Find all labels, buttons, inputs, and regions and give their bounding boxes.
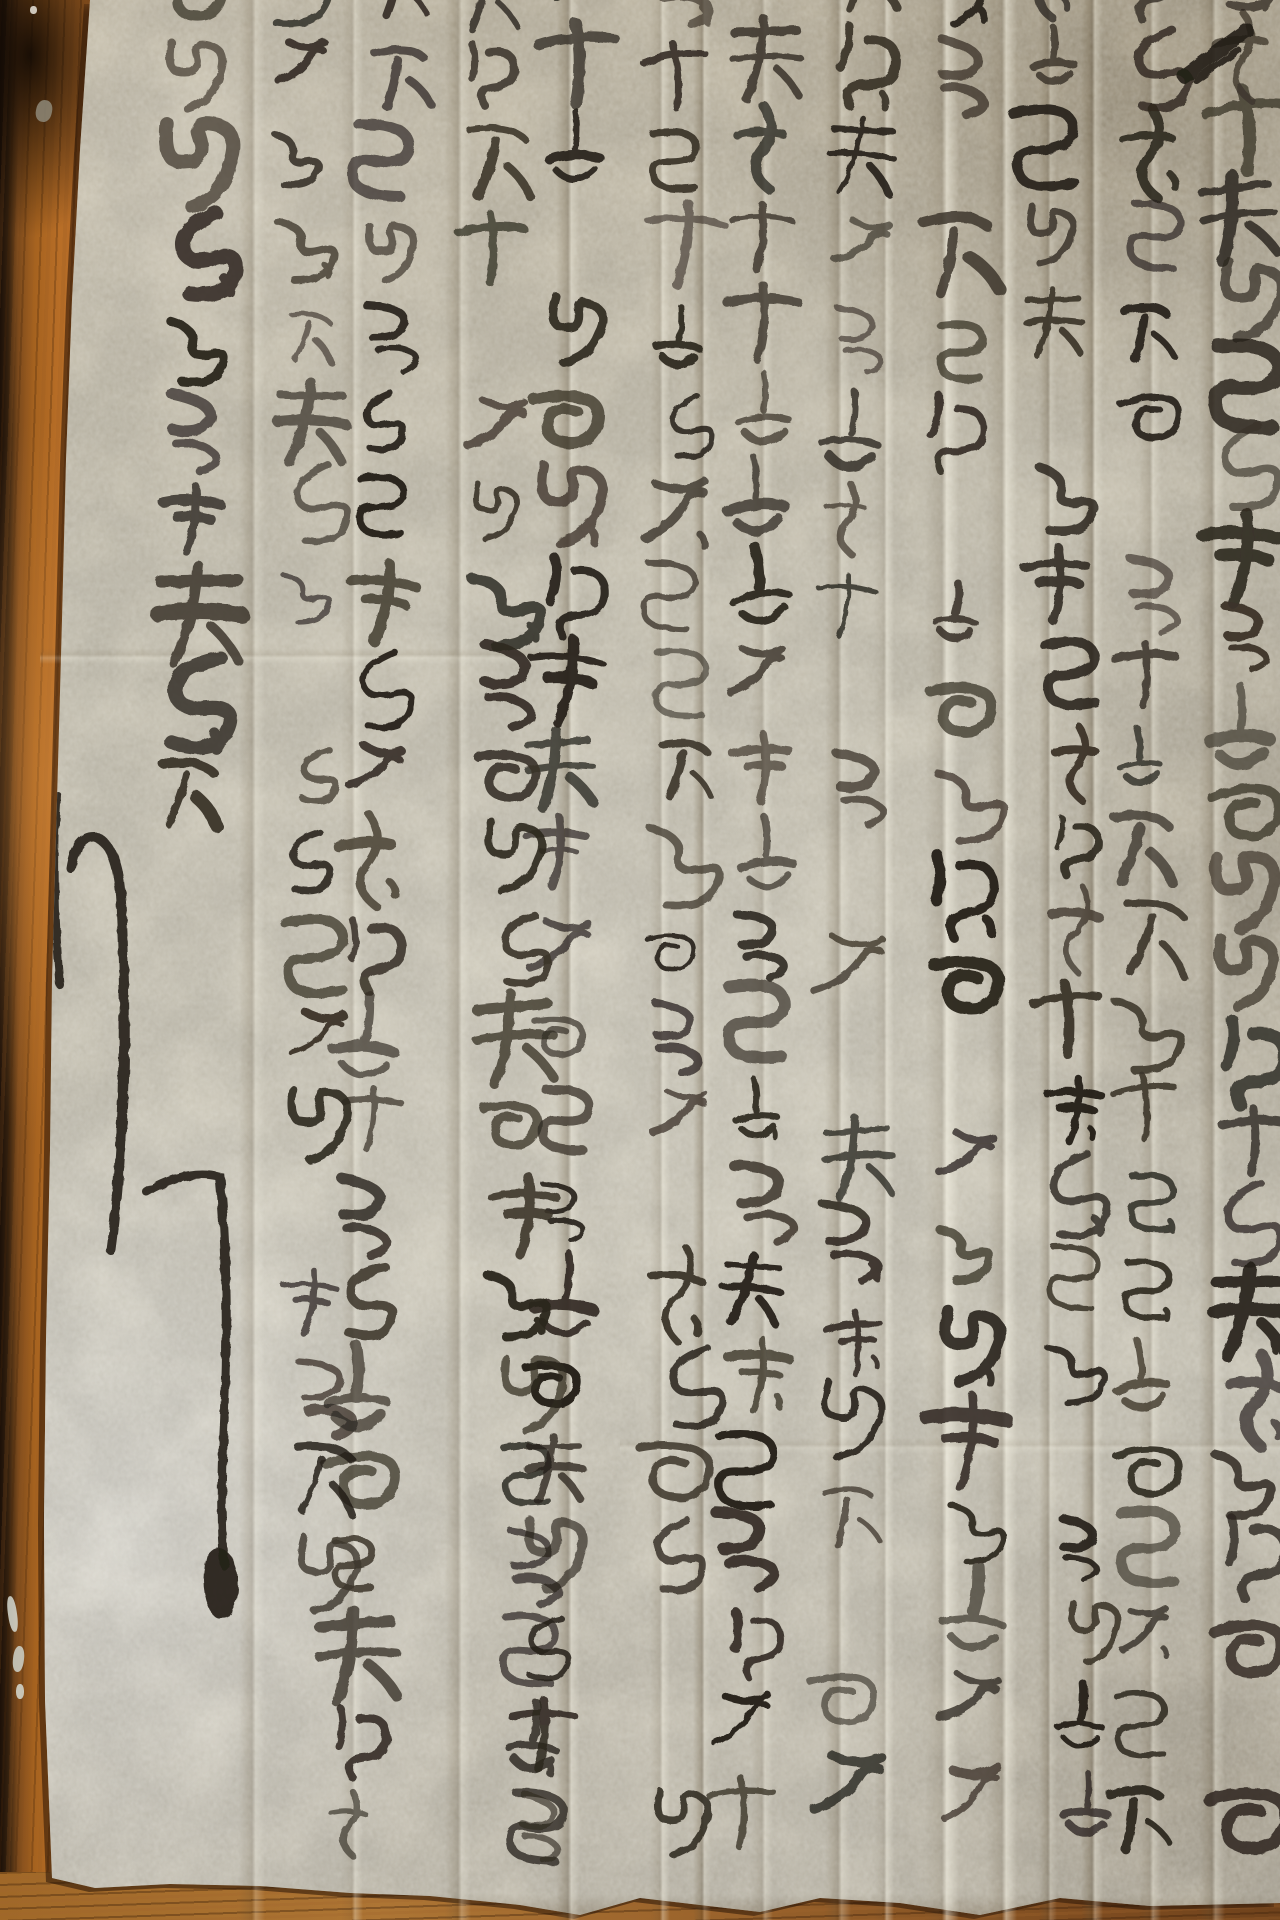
glyph	[1056, 1682, 1106, 1747]
glyph	[838, 0, 897, 10]
glyph	[1033, 27, 1075, 83]
glyph	[158, 565, 243, 663]
glyph	[1224, 606, 1267, 670]
glyph	[361, 651, 413, 728]
glyph	[1057, 1518, 1101, 1580]
glyph	[164, 118, 238, 209]
glyph	[337, 1707, 388, 1778]
glyph	[278, 218, 336, 281]
glyph	[474, 991, 556, 1085]
glyph	[1214, 1624, 1280, 1675]
glyph	[477, 644, 537, 728]
glyph	[824, 1308, 885, 1377]
text-column	[1011, 0, 1119, 1834]
glyph	[1112, 1072, 1179, 1142]
glyph	[1115, 1448, 1180, 1495]
glyph	[169, 40, 224, 109]
glyph	[346, 1264, 398, 1339]
glyph	[727, 543, 791, 624]
glyph	[367, 302, 418, 374]
glyph	[375, 48, 430, 107]
glyph	[458, 213, 525, 283]
manuscript-photo	[0, 0, 1280, 1920]
glyph	[537, 21, 618, 105]
glyph	[836, 25, 900, 111]
glyph	[1219, 937, 1275, 1007]
glyph	[1214, 851, 1279, 931]
glyph	[377, 0, 427, 15]
glyph	[933, 850, 998, 939]
glyph	[359, 477, 405, 536]
glyph	[1214, 345, 1279, 428]
glyph	[1131, 1175, 1173, 1231]
glyph	[1228, 0, 1276, 8]
glyph	[725, 284, 798, 361]
glyph	[950, 1502, 1005, 1562]
glyph	[1021, 0, 1068, 20]
glyph	[487, 1271, 548, 1338]
glyph	[671, 395, 714, 457]
glyph	[548, 297, 605, 366]
glyph	[835, 218, 890, 265]
glyph	[732, 734, 791, 802]
glyph	[1127, 0, 1188, 22]
text-column	[1198, 0, 1280, 1849]
glyph	[1128, 202, 1182, 269]
glyph	[725, 455, 785, 533]
text-column	[810, 0, 900, 1809]
glyph	[1225, 1181, 1280, 1265]
glyph	[736, 105, 787, 192]
glyph	[349, 745, 401, 789]
glyph	[929, 686, 993, 733]
glyph	[526, 636, 605, 726]
glyph	[927, 395, 987, 475]
glyph	[1223, 1108, 1280, 1174]
glyph	[531, 394, 599, 444]
glyph	[549, 558, 606, 638]
glyph	[284, 572, 330, 623]
glyph	[276, 382, 348, 464]
glyph	[1222, 424, 1280, 508]
glyph	[1198, 171, 1279, 262]
glyph	[726, 1338, 790, 1412]
glyph	[1228, 1516, 1280, 1600]
glyph	[336, 1178, 390, 1256]
glyph	[349, 916, 405, 992]
glyph	[942, 1310, 1001, 1383]
text-column	[924, 0, 1008, 1819]
glyph	[1211, 685, 1270, 764]
glyph	[933, 582, 978, 640]
glyph	[652, 0, 710, 26]
glyph	[825, 1487, 881, 1546]
glyph	[1213, 1268, 1280, 1357]
glyph	[1111, 814, 1175, 883]
glyph	[326, 1454, 397, 1506]
glyph	[1023, 547, 1088, 622]
glyph	[365, 393, 404, 450]
glyph	[1120, 1510, 1178, 1584]
glyph	[820, 389, 882, 469]
glyph	[728, 984, 786, 1059]
glyph	[932, 960, 999, 1010]
glyph	[924, 1393, 1007, 1489]
glyph	[646, 935, 694, 970]
glyph	[1119, 1607, 1171, 1661]
glyph	[1137, 29, 1189, 108]
glyph	[485, 821, 544, 893]
glyph	[640, 479, 711, 553]
glyph	[294, 463, 350, 543]
text-column	[1110, 0, 1192, 1850]
glyph	[332, 991, 400, 1077]
glyph	[709, 1778, 775, 1848]
glyph	[826, 483, 866, 555]
glyph	[159, 761, 220, 826]
glyph	[819, 1382, 884, 1462]
glyph	[729, 204, 792, 270]
glyph	[472, 484, 519, 541]
glyph	[164, 0, 222, 17]
glyph	[291, 1088, 349, 1161]
glyph	[1026, 290, 1082, 355]
glyph	[297, 1537, 359, 1613]
glyph	[940, 1226, 991, 1282]
glyph	[642, 200, 727, 289]
glyph	[716, 1507, 776, 1591]
glyph	[658, 1791, 708, 1855]
glyph	[1110, 1786, 1171, 1850]
glyph	[1045, 1077, 1103, 1143]
glyph	[823, 1201, 879, 1283]
glyph	[1215, 1453, 1272, 1516]
glyph	[836, 753, 883, 824]
glyph	[468, 128, 533, 197]
text-column	[259, 0, 359, 1614]
glyph	[1204, 85, 1280, 175]
glyph	[1115, 1692, 1167, 1758]
glyph	[641, 39, 711, 112]
glyph	[280, 1269, 339, 1336]
glyph	[301, 748, 339, 803]
glyph	[259, 0, 331, 26]
glyph	[1056, 817, 1099, 877]
glyph	[180, 212, 238, 296]
glyph	[474, 752, 537, 799]
glyph	[472, 571, 544, 649]
glyph	[1117, 727, 1161, 784]
glyph	[939, 1131, 993, 1177]
glyph	[292, 832, 330, 891]
glyph	[1112, 1338, 1169, 1411]
glyph	[272, 134, 320, 186]
glyph	[734, 1078, 779, 1139]
glyph	[720, 1253, 784, 1326]
glyph	[935, 39, 990, 115]
glyph	[653, 1090, 704, 1132]
glyph	[1035, 467, 1096, 533]
glyph	[288, 313, 335, 363]
text-column	[508, 0, 618, 1862]
glyph	[169, 321, 226, 383]
glyph	[649, 828, 720, 907]
glyph	[940, 324, 983, 379]
glyph	[938, 768, 1007, 843]
glyph	[1119, 901, 1192, 978]
text-column	[158, 0, 243, 826]
glyph	[652, 1002, 700, 1073]
text-column	[458, 0, 566, 1862]
glyph	[1200, 512, 1280, 605]
glyph	[1121, 395, 1181, 440]
glyph	[1121, 107, 1176, 200]
glyph	[1115, 997, 1183, 1071]
glyph	[940, 1673, 998, 1723]
glyph	[733, 1159, 795, 1246]
glyph	[350, 123, 411, 198]
glyph	[645, 1244, 707, 1344]
ink-blot	[203, 1548, 238, 1619]
glyph	[1115, 642, 1176, 706]
glyph	[738, 373, 789, 442]
glyph	[635, 1442, 712, 1500]
flourish-hook	[147, 1175, 226, 1566]
glyph	[673, 1348, 723, 1426]
glyph	[729, 647, 783, 692]
glyph	[1055, 727, 1097, 802]
glyph	[1129, 558, 1179, 633]
glyph	[1211, 786, 1280, 840]
glyph	[655, 305, 703, 366]
glyph	[278, 41, 326, 81]
glyph	[930, 0, 991, 26]
glyph	[718, 1433, 775, 1506]
glyph	[656, 1519, 705, 1591]
glyph	[491, 1177, 558, 1255]
glyph	[940, 1765, 1003, 1818]
glyph	[1225, 1020, 1280, 1106]
glyph	[1048, 1341, 1107, 1404]
paint-speck	[30, 6, 37, 14]
glyph	[826, 116, 897, 197]
glyph	[166, 394, 221, 473]
text-column	[635, 0, 727, 1855]
glyph	[542, 466, 603, 544]
glyph	[1072, 1602, 1119, 1661]
glyph	[468, 399, 525, 446]
glyph	[1209, 1793, 1280, 1849]
glyph	[941, 1564, 1008, 1650]
glyph	[813, 572, 878, 639]
glyph	[814, 935, 883, 992]
glyph	[1011, 106, 1079, 190]
paint-speck	[16, 1684, 24, 1699]
glyph	[1219, 262, 1280, 342]
glyph	[1051, 1152, 1109, 1237]
glyph	[656, 651, 706, 716]
glyph	[481, 1104, 538, 1146]
glyph	[161, 485, 220, 553]
glyph	[1044, 639, 1099, 707]
glyph	[337, 812, 397, 910]
glyph	[504, 915, 549, 984]
glyph	[824, 1117, 895, 1198]
glyph	[1125, 1261, 1170, 1319]
glyph	[662, 743, 712, 797]
glyph	[924, 214, 1000, 295]
glyph	[1063, 1772, 1111, 1834]
glyph	[732, 19, 801, 99]
glyph	[344, 560, 419, 645]
glyph	[331, 1792, 366, 1857]
glyph	[711, 1693, 771, 1743]
glyph	[169, 653, 238, 751]
glyph	[810, 1676, 874, 1722]
glyph	[469, 42, 516, 106]
glyph	[652, 131, 698, 190]
text-column	[709, 0, 801, 1847]
glyph	[1031, 981, 1103, 1057]
glyph	[1049, 885, 1101, 975]
ink-layer	[0, 0, 1280, 1920]
glyph	[541, 1089, 591, 1151]
glyph	[642, 562, 698, 631]
glyph	[814, 1754, 881, 1809]
glyph	[1049, 1246, 1099, 1309]
glyph	[738, 815, 794, 888]
glyph	[838, 308, 881, 373]
glyph	[737, 911, 784, 979]
glyph	[1027, 207, 1075, 266]
glyph	[460, 0, 520, 29]
glyph	[1124, 306, 1174, 360]
glyph	[317, 1608, 399, 1702]
glyph	[549, 110, 601, 179]
glyph	[529, 920, 588, 969]
glyph	[1229, 1354, 1280, 1447]
glyph	[733, 1609, 784, 1679]
glyph	[368, 223, 416, 282]
flourish-arc	[71, 837, 124, 1250]
glyph	[284, 917, 348, 996]
